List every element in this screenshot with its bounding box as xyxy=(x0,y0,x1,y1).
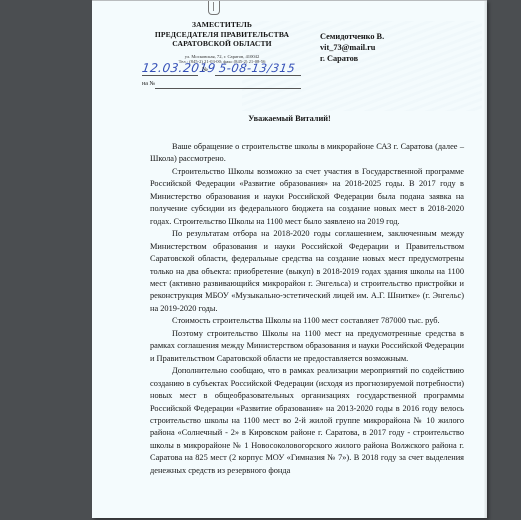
reply-to-label: на № xyxy=(142,81,155,87)
recipient-name: Семидотченко В. xyxy=(320,31,384,42)
letter-body: Ваше обращение о строительстве школы в м… xyxy=(150,141,464,477)
paragraph: Строительство Школы возможно за счет уча… xyxy=(150,166,464,228)
number-field: 5-08-13/315 xyxy=(215,61,301,76)
reply-to-field xyxy=(155,81,301,89)
document-viewer: ЗАМЕСТИТЕЛЬ ПРЕДСЕДАТЕЛЯ ПРАВИТЕЛЬСТВА С… xyxy=(0,0,521,520)
greeting: Уважаемый Виталий! xyxy=(92,114,487,123)
document-page: ЗАМЕСТИТЕЛЬ ПРЕДСЕДАТЕЛЯ ПРАВИТЕЛЬСТВА С… xyxy=(92,0,487,518)
coat-of-arms-icon xyxy=(208,1,220,15)
recipient-block: Семидотченко В. vit_73@mail.ru г. Сарато… xyxy=(320,31,384,64)
paragraph: Дополнительно сообщаю, что в рамках реал… xyxy=(150,365,464,477)
sender-organization: ЗАМЕСТИТЕЛЬ ПРЕДСЕДАТЕЛЯ ПРАВИТЕЛЬСТВА С… xyxy=(132,20,312,49)
date-field: 12.03.2019 xyxy=(142,61,198,76)
recipient-email: vit_73@mail.ru xyxy=(320,42,384,53)
org-line: САРАТОВСКОЙ ОБЛАСТИ xyxy=(132,39,312,49)
number-label: № xyxy=(202,67,208,73)
recipient-city: г. Саратов xyxy=(320,53,384,64)
handwritten-number: 5-08-13/315 xyxy=(218,61,296,75)
org-line: ПРЕДСЕДАТЕЛЯ ПРАВИТЕЛЬСТВА xyxy=(132,30,312,40)
org-line: ЗАМЕСТИТЕЛЬ xyxy=(132,20,312,30)
paragraph: Поэтому строительство Школы на 1100 мест… xyxy=(150,328,464,365)
paragraph: Стоимость строительства Школы на 1100 ме… xyxy=(150,315,464,327)
paragraph: Ваше обращение о строительстве школы в м… xyxy=(150,141,464,166)
paragraph: По результатам отбора на 2018-2020 годы … xyxy=(150,228,464,315)
